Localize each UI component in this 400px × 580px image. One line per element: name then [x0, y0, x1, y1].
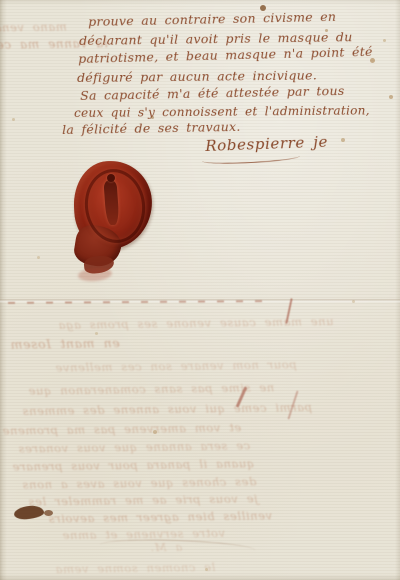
bleedthrough-line: venilles bien agreer mes aevoirs: [48, 508, 272, 525]
letter-line: Sa capacité m'a été attestée par tous: [80, 83, 345, 103]
bleedthrough-line: parmi ceme qui vous annene des emmens: [22, 400, 312, 418]
foxing-spot: [370, 58, 375, 63]
ink-blot-satellite: [44, 510, 53, 516]
letter-line: ceux qui s'y connoissent et l'administra…: [74, 103, 370, 120]
bleedthrough-line: je vous prie ae me rammeler les: [28, 491, 258, 508]
bleedthrough-line: la vanne ma ce: [0, 36, 108, 52]
bleedthrough-line: pour nom venare son ces mellenve: [55, 357, 297, 374]
bleedthrough-line: ce sera annane que vous vonares: [18, 438, 250, 455]
signature-robespierre: Robespierre je: [205, 133, 328, 155]
foxing-spot: [37, 256, 40, 259]
faint-crease-arc: [100, 537, 255, 557]
bleedthrough-line: ne sime pas sans comaneranon que: [28, 380, 274, 397]
bleedthrough-line: une mame cause venone ses proms aga: [58, 314, 334, 332]
wax-smear: [77, 267, 112, 283]
bleedthrough-line: en mant Iosem: [10, 335, 120, 352]
foxing-spot: [151, 116, 154, 119]
wax-seal-figure-head: [107, 174, 115, 182]
fold-ink-transfer: [8, 300, 264, 304]
foxing-spot: [325, 29, 328, 32]
foxing-spot: [341, 138, 345, 142]
foxing-spot: [95, 332, 98, 335]
bleedthrough-line: mano vena: [0, 19, 67, 34]
bleedthrough-line: et vom amervene pas ma promene: [2, 420, 241, 437]
letter-line: prouve au contraire son civisme en: [88, 9, 336, 29]
foxing-spot: [389, 95, 393, 99]
foxing-spot: [383, 39, 386, 42]
foxing-spot: [12, 118, 15, 121]
bleedthrough-line: des chones que vous aves a nons: [22, 474, 257, 491]
foxing-spot: [205, 568, 208, 571]
foxing-spot: [153, 430, 157, 434]
bleedthrough-line: quana il panara pour vous prenare: [12, 456, 254, 473]
letter-line: la félicité de ses travaux.: [62, 119, 241, 137]
ink-blot: [13, 505, 44, 521]
foxing-spot: [352, 300, 355, 303]
bleedthrough-line: le cnomen somne vema: [55, 560, 216, 576]
letter-page: prouve au contraire son civisme en décla…: [0, 0, 400, 580]
letter-line: défiguré par aucun acte incivique.: [77, 67, 317, 85]
foxing-spot: [260, 5, 266, 11]
